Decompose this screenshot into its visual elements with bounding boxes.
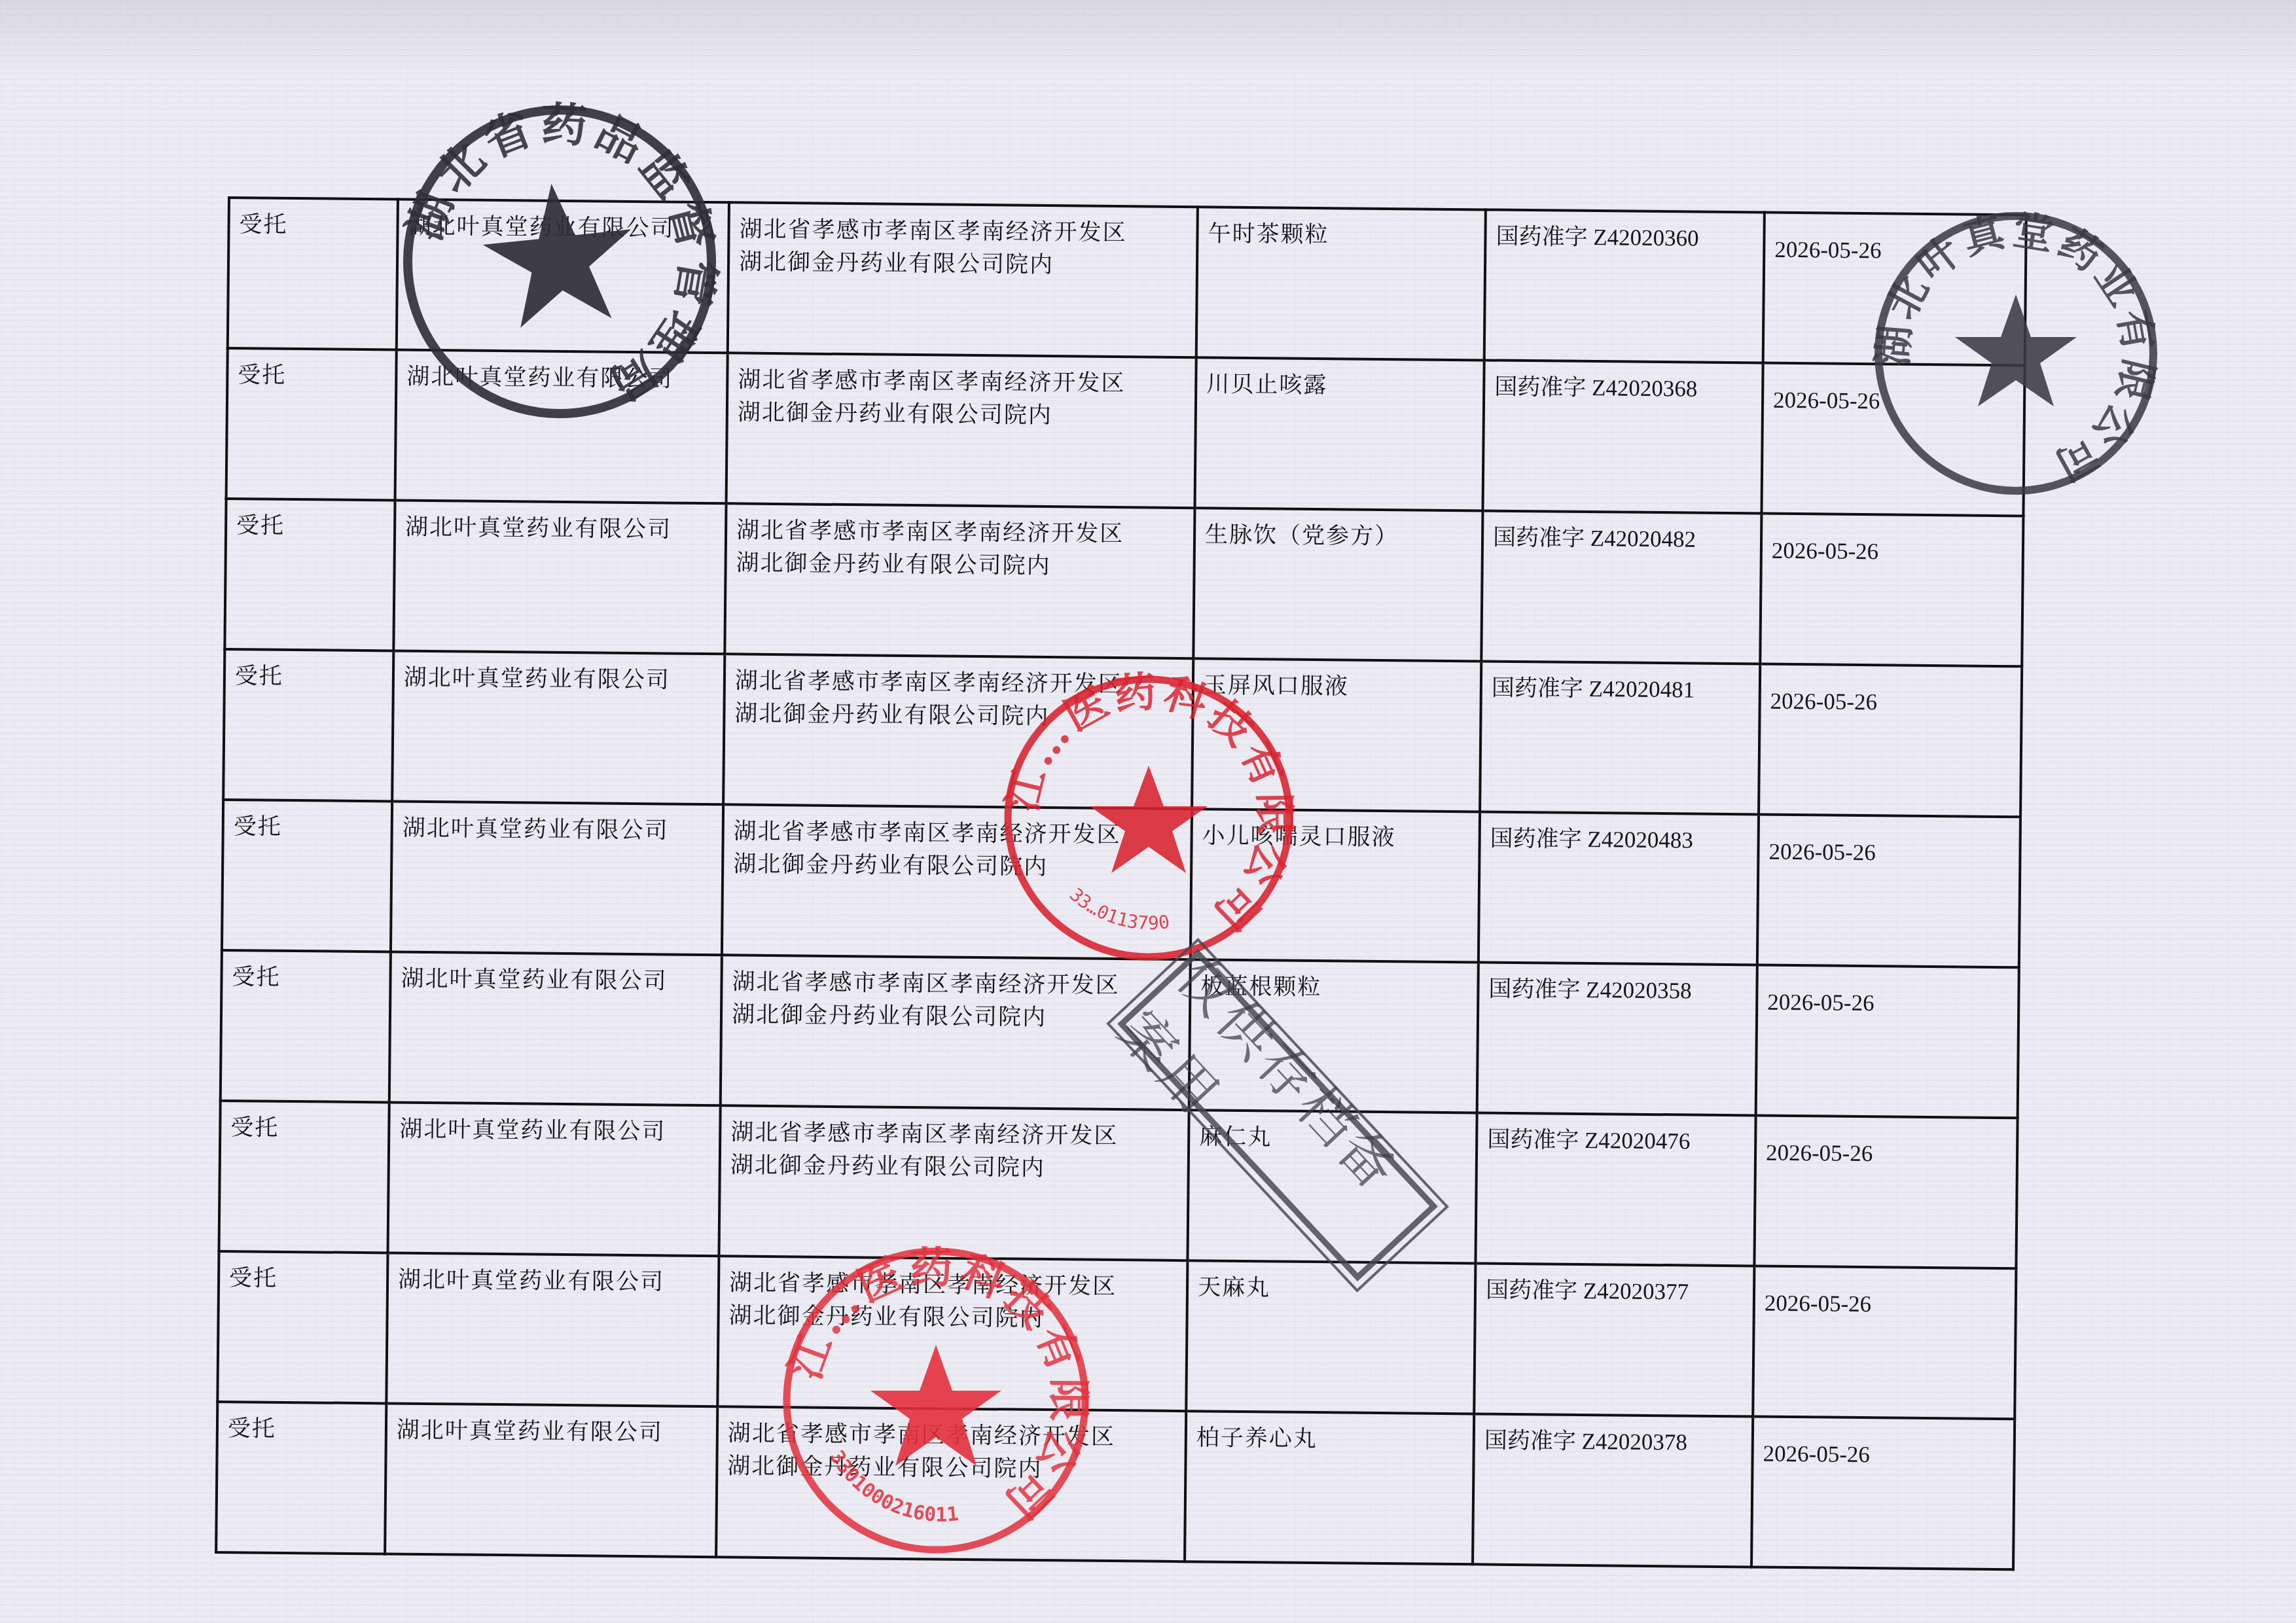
address-line-2: 湖北御金丹药业有限公司院内 (728, 1299, 1177, 1336)
product-table-container: 受托湖北叶真堂药业有限公司湖北省孝感市孝南区孝南经济开发区湖北御金丹药业有限公司… (215, 196, 1962, 1570)
address-line-2: 湖北御金丹药业有限公司院内 (727, 1450, 1176, 1487)
table-row: 受托湖北叶真堂药业有限公司湖北省孝感市孝南区孝南经济开发区湖北御金丹药业有限公司… (219, 1101, 2018, 1268)
address-line-2: 湖北御金丹药业有限公司院内 (733, 847, 1182, 885)
cell-date: 2026-05-26 (1761, 363, 2024, 516)
cell-address: 湖北省孝感市孝南区孝南经济开发区湖北御金丹药业有限公司院内 (728, 202, 1198, 357)
table-row: 受托湖北叶真堂药业有限公司湖北省孝感市孝南区孝南经济开发区湖北御金丹药业有限公司… (224, 499, 2023, 666)
cell-type: 受托 (223, 649, 393, 801)
cell-address: 湖北省孝感市孝南区孝南经济开发区湖北御金丹药业有限公司院内 (719, 1105, 1189, 1260)
table-row: 受托湖北叶真堂药业有限公司湖北省孝感市孝南区孝南经济开发区湖北御金丹药业有限公司… (221, 950, 2019, 1118)
cell-type: 受托 (224, 499, 395, 651)
address-line-1: 湖北省孝感市孝南区孝南经济开发区 (730, 1116, 1179, 1153)
cell-date: 2026-05-26 (1753, 1266, 2016, 1419)
cell-approval-number: 国药准字 Z42020377 (1474, 1263, 1754, 1416)
cell-company: 湖北叶真堂药业有限公司 (386, 1253, 719, 1406)
address-line-2: 湖北御金丹药业有限公司院内 (730, 1149, 1179, 1186)
address-line-1: 湖北省孝感市孝南区孝南经济开发区 (738, 363, 1187, 401)
cell-product: 天麻丸 (1186, 1260, 1475, 1414)
cell-date: 2026-05-26 (1754, 1115, 2017, 1268)
cell-date: 2026-05-26 (1751, 1416, 2015, 1569)
cell-date: 2026-05-26 (1763, 213, 2026, 366)
cell-approval-number: 国药准字 Z42020481 (1480, 661, 1760, 814)
cell-approval-number: 国药准字 Z42020476 (1475, 1113, 1755, 1266)
address-line-2: 湖北御金丹药业有限公司院内 (734, 697, 1183, 734)
address-line-1: 湖北省孝感市孝南区孝南经济开发区 (728, 1417, 1177, 1454)
cell-product: 玉屏风口服液 (1192, 658, 1481, 811)
table-row: 受托湖北叶真堂药业有限公司湖北省孝感市孝南区孝南经济开发区湖北御金丹药业有限公司… (226, 348, 2025, 516)
cell-type: 受托 (216, 1402, 386, 1554)
address-line-2: 湖北御金丹药业有限公司院内 (739, 246, 1188, 283)
cell-date: 2026-05-26 (1756, 965, 2019, 1118)
cell-type: 受托 (217, 1251, 387, 1403)
address-line-1: 湖北省孝感市孝南区孝南经济开发区 (739, 213, 1188, 251)
cell-address: 湖北省孝感市孝南区孝南经济开发区湖北御金丹药业有限公司院内 (726, 353, 1196, 508)
cell-type: 受托 (226, 348, 397, 500)
cell-date: 2026-05-26 (1757, 814, 2020, 967)
cell-address: 湖北省孝感市孝南区孝南经济开发区湖北御金丹药业有限公司院内 (716, 1406, 1186, 1561)
cell-type: 受托 (228, 198, 398, 349)
address-line-1: 湖北省孝感市孝南区孝南经济开发区 (735, 664, 1184, 702)
cell-company: 湖北叶真堂药业有限公司 (393, 500, 726, 654)
cell-approval-number: 国药准字 Z42020368 (1482, 360, 1763, 513)
cell-type: 受托 (222, 800, 392, 952)
table-row: 受托湖北叶真堂药业有限公司湖北省孝感市孝南区孝南经济开发区湖北御金丹药业有限公司… (228, 198, 2026, 365)
cell-date: 2026-05-26 (1760, 514, 2023, 667)
cell-type: 受托 (219, 1101, 389, 1253)
cell-address: 湖北省孝感市孝南区孝南经济开发区湖北御金丹药业有限公司院内 (725, 503, 1194, 658)
address-line-2: 湖北御金丹药业有限公司院内 (738, 396, 1187, 433)
address-line-1: 湖北省孝感市孝南区孝南经济开发区 (733, 815, 1182, 852)
product-table: 受托湖北叶真堂药业有限公司湖北省孝感市孝南区孝南经济开发区湖北御金丹药业有限公司… (215, 196, 2028, 1571)
table-row: 受托湖北叶真堂药业有限公司湖北省孝感市孝南区孝南经济开发区湖北御金丹药业有限公司… (223, 649, 2022, 817)
cell-company: 湖北叶真堂药业有限公司 (397, 199, 729, 353)
address-line-2: 湖北御金丹药业有限公司院内 (732, 998, 1181, 1035)
table-row: 受托湖北叶真堂药业有限公司湖北省孝感市孝南区孝南经济开发区湖北御金丹药业有限公司… (222, 800, 2020, 967)
cell-address: 湖北省孝感市孝南区孝南经济开发区湖北御金丹药业有限公司院内 (723, 654, 1193, 809)
cell-product: 生脉饮（党参方） (1193, 508, 1482, 661)
address-line-1: 湖北省孝感市孝南区孝南经济开发区 (736, 514, 1185, 551)
table-row: 受托湖北叶真堂药业有限公司湖北省孝感市孝南区孝南经济开发区湖北御金丹药业有限公司… (217, 1251, 2016, 1419)
cell-approval-number: 国药准字 Z42020358 (1477, 962, 1757, 1115)
cell-company: 湖北叶真堂药业有限公司 (388, 1102, 721, 1256)
scan-top-edge (0, 0, 2296, 72)
address-line-2: 湖北御金丹药业有限公司院内 (736, 546, 1185, 584)
cell-product: 柏子养心丸 (1185, 1411, 1474, 1564)
cell-company: 湖北叶真堂药业有限公司 (392, 651, 725, 804)
table-row: 受托湖北叶真堂药业有限公司湖北省孝感市孝南区孝南经济开发区湖北御金丹药业有限公司… (216, 1402, 2015, 1569)
cell-address: 湖北省孝感市孝南区孝南经济开发区湖北御金丹药业有限公司院内 (722, 804, 1192, 959)
cell-product: 麻仁丸 (1187, 1110, 1477, 1263)
address-line-1: 湖北省孝感市孝南区孝南经济开发区 (732, 965, 1181, 1003)
cell-product: 午时茶颗粒 (1196, 207, 1486, 360)
cell-company: 湖北叶真堂药业有限公司 (391, 801, 723, 955)
cell-company: 湖北叶真堂药业有限公司 (389, 952, 722, 1105)
cell-approval-number: 国药准字 Z42020483 (1479, 811, 1759, 965)
cell-approval-number: 国药准字 Z42020482 (1481, 510, 1761, 664)
cell-product: 板蓝根颗粒 (1189, 959, 1479, 1113)
cell-address: 湖北省孝感市孝南区孝南经济开发区湖北御金丹药业有限公司院内 (717, 1256, 1187, 1411)
address-line-1: 湖北省孝感市孝南区孝南经济开发区 (729, 1266, 1178, 1304)
cell-product: 川贝止咳露 (1194, 357, 1484, 510)
cell-address: 湖北省孝感市孝南区孝南经济开发区湖北御金丹药业有限公司院内 (721, 955, 1191, 1110)
cell-company: 湖北叶真堂药业有限公司 (395, 349, 728, 503)
cell-approval-number: 国药准字 Z42020360 (1484, 209, 1765, 363)
cell-type: 受托 (221, 950, 391, 1102)
cell-company: 湖北叶真堂药业有限公司 (385, 1403, 717, 1557)
cell-approval-number: 国药准字 Z42020378 (1473, 1414, 1753, 1567)
cell-date: 2026-05-26 (1759, 664, 2022, 817)
cell-product: 小儿咳喘灵口服液 (1191, 809, 1480, 962)
